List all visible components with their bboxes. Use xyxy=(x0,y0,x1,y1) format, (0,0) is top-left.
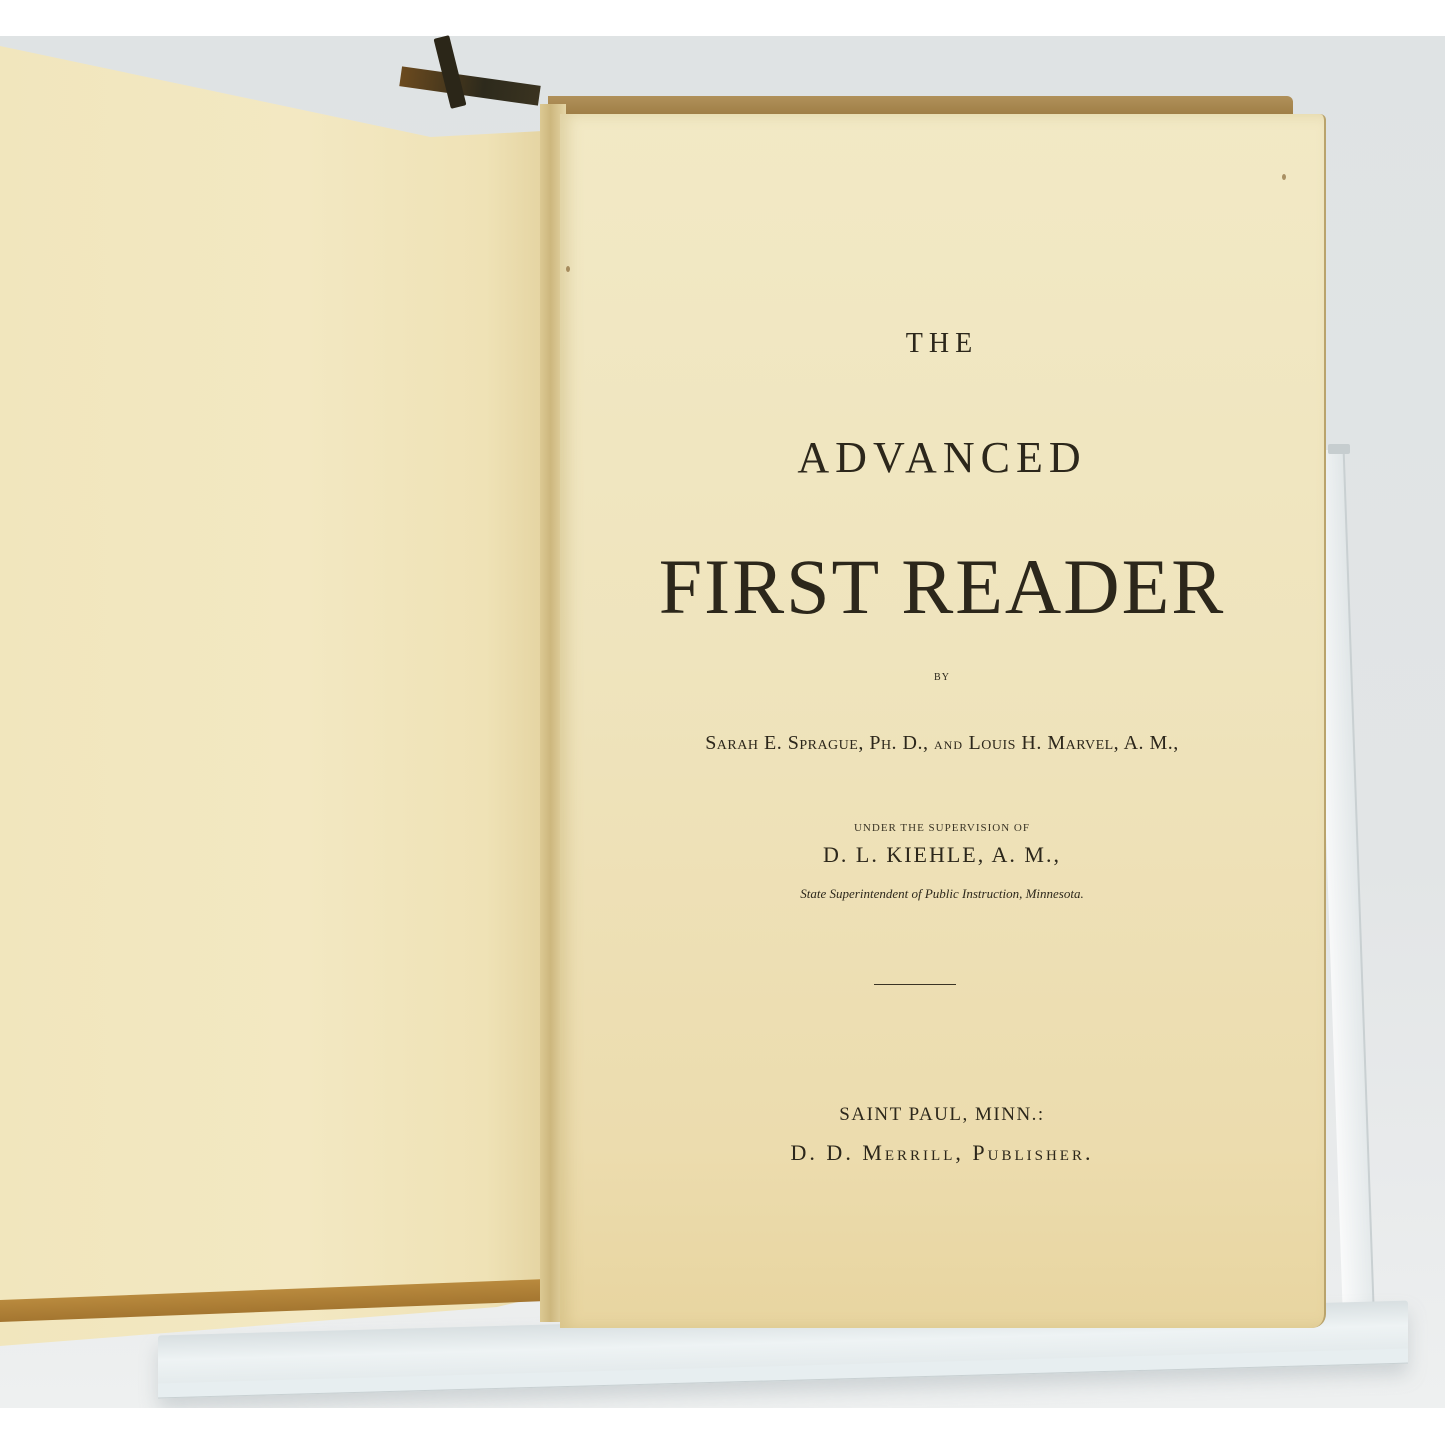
title-advanced: ADVANCED xyxy=(560,432,1324,483)
supervision-label: under the supervision of xyxy=(560,822,1324,834)
book-title: FIRST READER xyxy=(560,542,1324,632)
left-endpaper xyxy=(0,46,552,1346)
authors-line: Sarah E. Sprague, Ph. D., and Louis H. M… xyxy=(560,732,1324,755)
supervisor-title: State Superintendent of Public Instructi… xyxy=(560,886,1324,902)
foxing-spot xyxy=(566,266,570,272)
supervisor-name: D. L. KIEHLE, A. M., xyxy=(560,842,1324,868)
publisher-name: D. D. Merrill, Publisher. xyxy=(560,1140,1324,1166)
divider-rule xyxy=(874,984,956,985)
byline-label: BY xyxy=(560,672,1324,683)
title-the: THE xyxy=(560,328,1324,360)
author-sprague: Sarah E. Sprague, Ph. D., xyxy=(705,732,928,754)
author-conjunction: and xyxy=(934,738,963,752)
publication-place: SAINT PAUL, MINN.: xyxy=(560,1104,1324,1126)
acrylic-stand-top xyxy=(1328,444,1350,454)
foxing-spot xyxy=(1282,174,1286,180)
author-marvel: Louis H. Marvel, A. M., xyxy=(969,732,1179,754)
title-page: THE ADVANCED FIRST READER BY Sarah E. Sp… xyxy=(560,114,1326,1328)
